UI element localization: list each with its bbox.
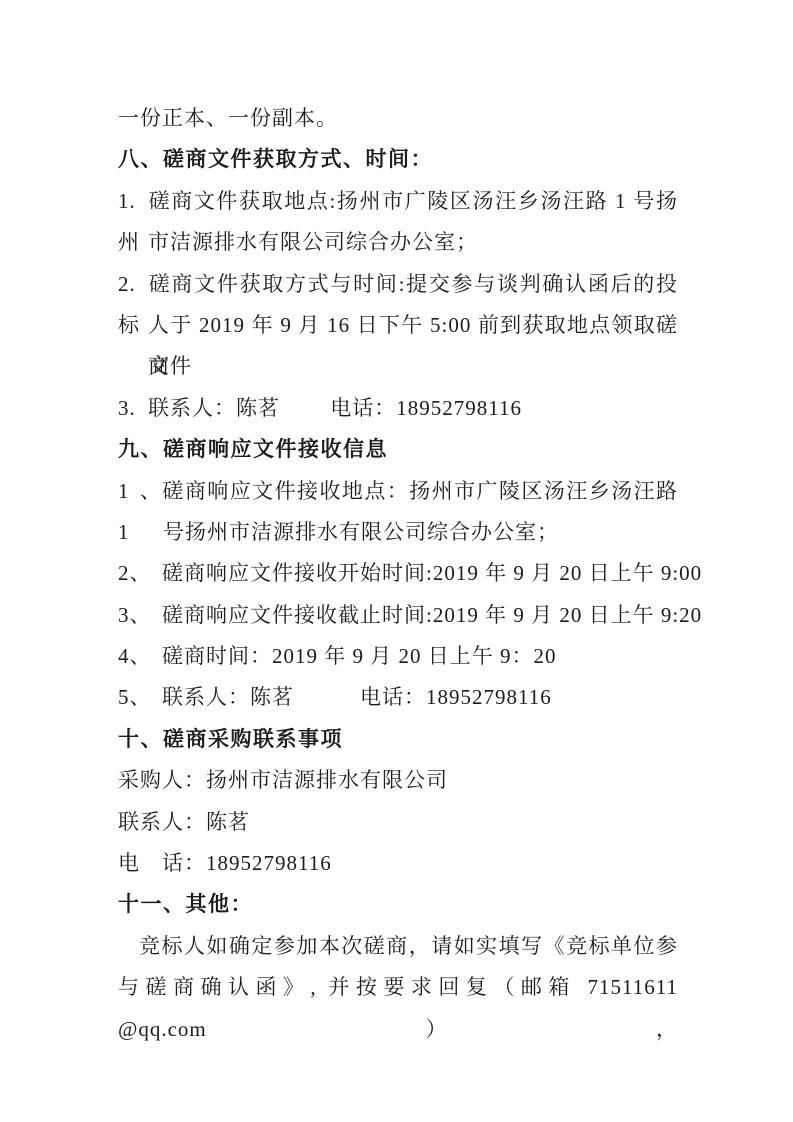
line-text: 竞标人如确定参加本次磋商，请如实填写《竞标单位参 (139, 934, 678, 958)
text-line: 4、磋商时间：2019 年 9 月 20 日上午 9：20 (118, 636, 678, 677)
list-marker: 2. (118, 264, 148, 305)
line-text: 十、磋商采购联系事项 (118, 727, 343, 751)
section-heading: 十一、其他： (118, 884, 678, 925)
text-line: 联系人：陈茗 (118, 802, 678, 843)
section-heading: 八、磋商文件获取方式、时间： (118, 139, 678, 180)
text-line: 电 话：18952798116 (118, 843, 678, 884)
text-line: 2、磋商响应文件接收开始时间:2019 年 9 月 20 日上午 9:00 (118, 553, 678, 594)
section-heading: 十、磋商采购联系事项 (118, 719, 678, 760)
section-heading: 九、磋商响应文件接收信息 (118, 429, 678, 470)
list-marker: 5、 (118, 677, 162, 718)
text-line: 文件 (148, 346, 678, 387)
text-line: 3.联系人：陈茗 电话：18952798116 (118, 388, 678, 429)
line-text: 文件 (148, 354, 192, 378)
list-marker: 2、 (118, 553, 162, 594)
text-line: 竞标人如确定参加本次磋商，请如实填写《竞标单位参 (139, 926, 678, 967)
line-text: 磋商响应文件接收开始时间:2019 年 9 月 20 日上午 9:00 (162, 561, 702, 585)
text-line: 与磋商确认函》, 并按要求回复（邮箱 71511611 @qq.com）， (118, 967, 678, 1008)
document-page: 一份正本、一份副本。八、磋商文件获取方式、时间：1.磋商文件获取地点:扬州市广陵… (0, 0, 793, 1122)
line-text: 联系人：陈茗 电话：18952798116 (148, 396, 522, 420)
text-line: 采购人：扬州市洁源排水有限公司 (118, 760, 678, 801)
document-body: 一份正本、一份副本。八、磋商文件获取方式、时间：1.磋商文件获取地点:扬州市广陵… (118, 98, 678, 1009)
line-text: 一份正本、一份副本。 (118, 106, 338, 130)
text-line: 2.磋商文件获取方式与时间:提交参与谈判确认函后的投标 (118, 264, 678, 305)
list-marker: 1、 (118, 471, 162, 512)
line-text: 号扬州市洁源排水有限公司综合办公室； (163, 520, 559, 544)
line-text: 十一、其他： (118, 892, 253, 916)
line-text: 市洁源排水有限公司综合办公室； (148, 230, 478, 254)
text-line: 市洁源排水有限公司综合办公室； (148, 222, 678, 263)
line-text: 八、磋商文件获取方式、时间： (118, 147, 433, 171)
line-text: 九、磋商响应文件接收信息 (118, 437, 388, 461)
list-marker: 3、 (118, 595, 162, 636)
list-marker: 1. (118, 181, 148, 222)
text-line: 3、磋商响应文件接收截止时间:2019 年 9 月 20 日上午 9:20 (118, 595, 678, 636)
line-text: 磋商响应文件接收截止时间:2019 年 9 月 20 日上午 9:20 (162, 603, 702, 627)
list-marker: 3. (118, 388, 148, 429)
line-text: 联系人：陈茗 电话：18952798116 (162, 685, 552, 709)
text-line: 人于 2019 年 9 月 16 日下午 5:00 前到获取地点领取磋商 (148, 305, 678, 346)
text-line: 1.磋商文件获取地点:扬州市广陵区汤汪乡汤汪路 1 号扬州 (118, 181, 678, 222)
text-line: 一份正本、一份副本。 (118, 98, 678, 139)
line-text: 磋商时间：2019 年 9 月 20 日上午 9：20 (162, 644, 557, 668)
line-text: 与磋商确认函》, 并按要求回复（邮箱 71511611 @qq.com）， (118, 975, 678, 1040)
line-text: 联系人：陈茗 (118, 810, 250, 834)
text-line: 号扬州市洁源排水有限公司综合办公室； (163, 512, 678, 553)
line-text: 电 话：18952798116 (118, 851, 332, 875)
line-text: 采购人：扬州市洁源排水有限公司 (118, 768, 448, 792)
text-line: 1、磋商响应文件接收地点：扬州市广陵区汤汪乡汤汪路 1 (118, 471, 678, 512)
list-marker: 4、 (118, 636, 162, 677)
text-line: 5、联系人：陈茗 电话：18952798116 (118, 677, 678, 718)
